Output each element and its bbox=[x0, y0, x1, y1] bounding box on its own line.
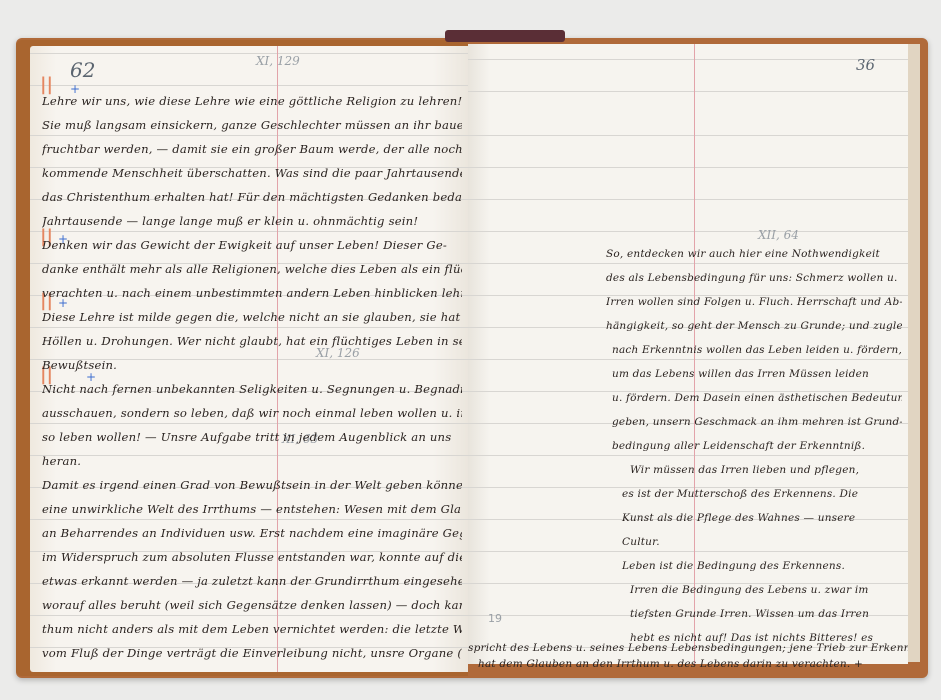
page-number: 36 bbox=[856, 56, 875, 74]
text-line: verachten u. nach einem unbestimmten and… bbox=[42, 281, 462, 305]
text-line: tiefsten Grunde Irren. Wissen um das Irr… bbox=[606, 602, 902, 626]
archive-ref: XII, 64 bbox=[758, 228, 799, 242]
text-line: es ist der Mutterschoß des Erkennens. Di… bbox=[606, 482, 902, 506]
text-line: Kunst als die Pflege des Wahnes — unsere bbox=[606, 506, 902, 530]
text-line: Leben) sind auf den Irrthum eingerichtet… bbox=[42, 665, 462, 672]
text-line: Wir müssen das Irren lieben und pflegen, bbox=[606, 458, 902, 482]
text-line: ausschauen, sondern so leben, daß wir no… bbox=[42, 401, 462, 425]
text-line: an Beharrendes an Individuen usw. Erst n… bbox=[42, 521, 462, 545]
text-line: des als Lebensbedingung für uns: Schmerz… bbox=[606, 266, 902, 290]
text-line: Bewußtsein. bbox=[42, 353, 462, 377]
text-line: Denken wir das Gewicht der Ewigkeit auf … bbox=[42, 233, 462, 257]
text-line: thum nicht anders als mit dem Leben vern… bbox=[42, 617, 462, 641]
right-page: 36 XII, 64 19 So, entdecken wir auch hie… bbox=[468, 44, 908, 664]
text-line: Sie muß langsam einsickern, ganze Geschl… bbox=[42, 113, 462, 137]
text-line: eine unwirkliche Welt des Irrthums — ent… bbox=[42, 497, 462, 521]
text-line: Irren die Bedingung des Lebens u. zwar i… bbox=[606, 578, 902, 602]
left-page-text: Lehre wir uns, wie diese Lehre wie eine … bbox=[42, 89, 462, 672]
text-line: im Widerspruch zum absoluten Flusse ents… bbox=[42, 545, 462, 569]
text-line: worauf alles beruht (weil sich Gegensätz… bbox=[42, 593, 462, 617]
text-line: Jahrtausende — lange lange muß er klein … bbox=[42, 209, 462, 233]
text-line: bedingung aller Leidenschaft der Erkennt… bbox=[606, 434, 902, 458]
text-line: heran. bbox=[42, 449, 462, 473]
text-line: kommende Menschheit überschatten. Was si… bbox=[42, 161, 462, 185]
text-line: hängigkeit, so geht der Mensch zu Grunde… bbox=[606, 314, 902, 338]
page-number: 62 bbox=[70, 58, 95, 82]
text-line: Damit es irgend einen Grad von Bewußtsei… bbox=[42, 473, 462, 497]
text-line: Lehre wir uns, wie diese Lehre wie eine … bbox=[42, 89, 462, 113]
text-line: hat dem Glauben an den Irrthum u. des Le… bbox=[478, 654, 918, 674]
text-line: u. fördern. Dem Dasein einen ästhetische… bbox=[606, 386, 902, 410]
text-line: etwas erkannt werden — ja zuletzt kann d… bbox=[42, 569, 462, 593]
text-line: geben, unsern Geschmack an ihm mehren is… bbox=[606, 410, 902, 434]
left-page: 62 XI, 129 XI, 126 XI, 63 || || || || + … bbox=[30, 46, 468, 672]
notebook-spine bbox=[445, 30, 565, 42]
footer-number: 19 bbox=[488, 612, 502, 625]
bottom-spanning-text: hat dem Glauben an den Irrthum u. des Le… bbox=[478, 654, 918, 674]
text-line: vom Fluß der Dinge verträgt die Einverle… bbox=[42, 641, 462, 665]
text-line: nach Erkenntnis wollen das Leben leiden … bbox=[606, 338, 902, 362]
text-line: Cultur. bbox=[606, 530, 902, 554]
text-line: das Christenthum erhalten hat! Für den m… bbox=[42, 185, 462, 209]
text-line: Diese Lehre ist milde gegen die, welche … bbox=[42, 305, 462, 329]
archive-ref: XI, 129 bbox=[256, 54, 300, 68]
text-line: so leben wollen! — Unsre Aufgabe tritt i… bbox=[42, 425, 462, 449]
right-page-text: So, entdecken wir auch hier eine Nothwen… bbox=[606, 242, 902, 650]
text-line: So, entdecken wir auch hier eine Nothwen… bbox=[606, 242, 902, 266]
page-edges bbox=[908, 44, 920, 662]
text-line: Höllen u. Drohungen. Wer nicht glaubt, h… bbox=[42, 329, 462, 353]
text-line: fruchtbar werden, — damit sie ein großer… bbox=[42, 137, 462, 161]
text-line: Leben ist die Bedingung des Erkennens. bbox=[606, 554, 902, 578]
text-line: um das Lebens willen das Irren Müssen le… bbox=[606, 362, 902, 386]
text-line: Irren wollen sind Folgen u. Fluch. Herrs… bbox=[606, 290, 902, 314]
text-line: Nicht nach fernen unbekannten Seligkeite… bbox=[42, 377, 462, 401]
text-line: danke enthält mehr als alle Religionen, … bbox=[42, 257, 462, 281]
